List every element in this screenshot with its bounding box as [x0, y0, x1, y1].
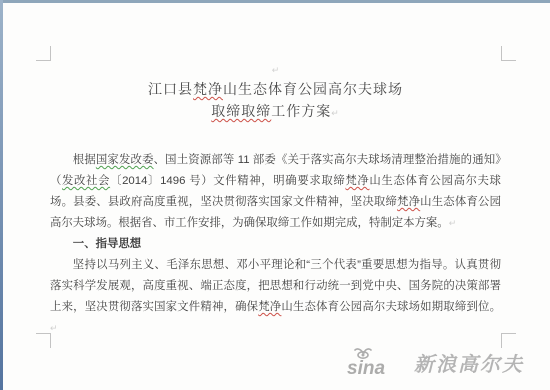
paragraph-mark: ↵ — [272, 65, 280, 75]
text-segment: 山生态体育公园高尔夫球场 — [223, 81, 403, 97]
text-boundary-mark-top-right — [501, 46, 516, 61]
text-boundary-mark-bottom-left — [36, 333, 51, 348]
text-segment: 山生态体育公园高尔夫球场如期取缔到位。 — [281, 301, 501, 313]
text-segment: 取缔取缔 — [211, 103, 271, 119]
paragraph-2: 坚持以马列主义、毛泽东思想、邓小平理论和“三个代表”重要思想为指导。认真贯彻落实… — [50, 255, 501, 339]
text-segment: 国家发改委 — [96, 154, 154, 166]
empty-paragraph: ↵ — [50, 60, 501, 78]
window-edge-left — [0, 0, 3, 390]
paragraph-1: 根据国家发改委、国土资源部等 11 部委《关于落实高尔夫球场清理整治措施的通知》… — [50, 150, 501, 234]
text-segment: 一、指导思想 — [73, 238, 141, 250]
sina-logo-icon: sina — [346, 346, 410, 378]
section-heading-1: 一、指导思想 — [50, 234, 501, 255]
text-segment: 江口县 — [148, 81, 193, 97]
text-segment: 工作方案 — [271, 103, 331, 119]
document-body: 根据国家发改委、国土资源部等 11 部委《关于落实高尔夫球场清理整治措施的通知》… — [50, 150, 501, 339]
text-segment: 梵净 — [258, 301, 281, 313]
document-page: ↵ 江口县梵净山生态体育公园高尔夫球场 取缔取缔工作方案↵ 根据国家发改委、国土… — [50, 60, 501, 339]
text-segment: 梵净 — [193, 81, 223, 97]
sina-golf-watermark: sina 新浪高尔夫 — [346, 346, 524, 378]
paragraph-mark: ↵ — [50, 323, 58, 333]
text-segment: 梵净 — [345, 175, 369, 187]
watermark-brand-text: 新浪高尔夫 — [414, 352, 524, 378]
title-line-1: 江口县梵净山生态体育公园高尔夫球场 — [50, 78, 501, 100]
text-segment: 根据 — [73, 154, 96, 166]
text-segment: 发改社会 — [62, 175, 110, 187]
text-segment: 〔2014〕1496 号）文件精神，明确要求取缔 — [110, 175, 345, 187]
paragraph-mark: ↵ — [449, 218, 457, 228]
text-segment: 梵净 — [397, 196, 420, 208]
paragraph-mark: ↵ — [331, 108, 340, 118]
document-title: 江口县梵净山生态体育公园高尔夫球场 取缔取缔工作方案↵ — [50, 78, 501, 124]
window-edge-top — [0, 0, 550, 3]
title-line-2: 取缔取缔工作方案↵ — [50, 100, 501, 124]
text-boundary-mark-top-left — [36, 46, 51, 61]
svg-text:sina: sina — [347, 358, 385, 378]
